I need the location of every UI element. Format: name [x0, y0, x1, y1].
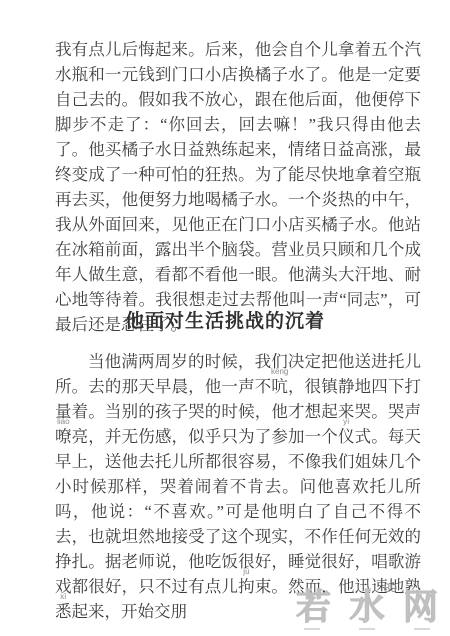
- watermark-char: 网: [403, 590, 438, 625]
- annotated-char: 嘹liáo: [55, 427, 72, 446]
- paragraph-continued: 我有点儿后悔起来。后来，他会自个儿拿着五个汽水瓶和一元钱到门口小店换橘子水了。他…: [55, 37, 421, 337]
- annotated-char: 拘jū: [238, 577, 255, 596]
- paragraph: 当他满两周岁的时候，我们决定把他送进托儿所。去的那天早晨，他一声不吭kēng，很…: [55, 349, 421, 624]
- pinyin-annotation: yí: [343, 418, 349, 426]
- section-heading: 他面对生活挑战的沉着: [0, 306, 450, 333]
- annotated-char: 吭kēng: [271, 377, 288, 396]
- watermark-submark: [359, 628, 375, 630]
- watermark-submark: [414, 628, 430, 630]
- pinyin-annotation: xī: [60, 593, 66, 601]
- watermark-submark: [304, 628, 320, 630]
- watermark-text: 若 水 网: [292, 590, 442, 625]
- annotated-char: 仪yí: [338, 427, 355, 446]
- pinyin-annotation: jū: [243, 568, 249, 576]
- book-page: 我有点儿后悔起来。后来，他会自个儿拿着五个汽水瓶和一元钱到门口小店换橘子水了。他…: [0, 0, 450, 636]
- watermark-submarks: [292, 628, 442, 630]
- pinyin-annotation: liáo: [57, 418, 69, 426]
- watermark: 若 水 网: [292, 590, 442, 630]
- watermark-char: 若: [296, 590, 331, 625]
- watermark-char: 水: [349, 590, 384, 625]
- pinyin-annotation: kēng: [271, 368, 288, 376]
- annotated-char: 悉xī: [55, 602, 72, 621]
